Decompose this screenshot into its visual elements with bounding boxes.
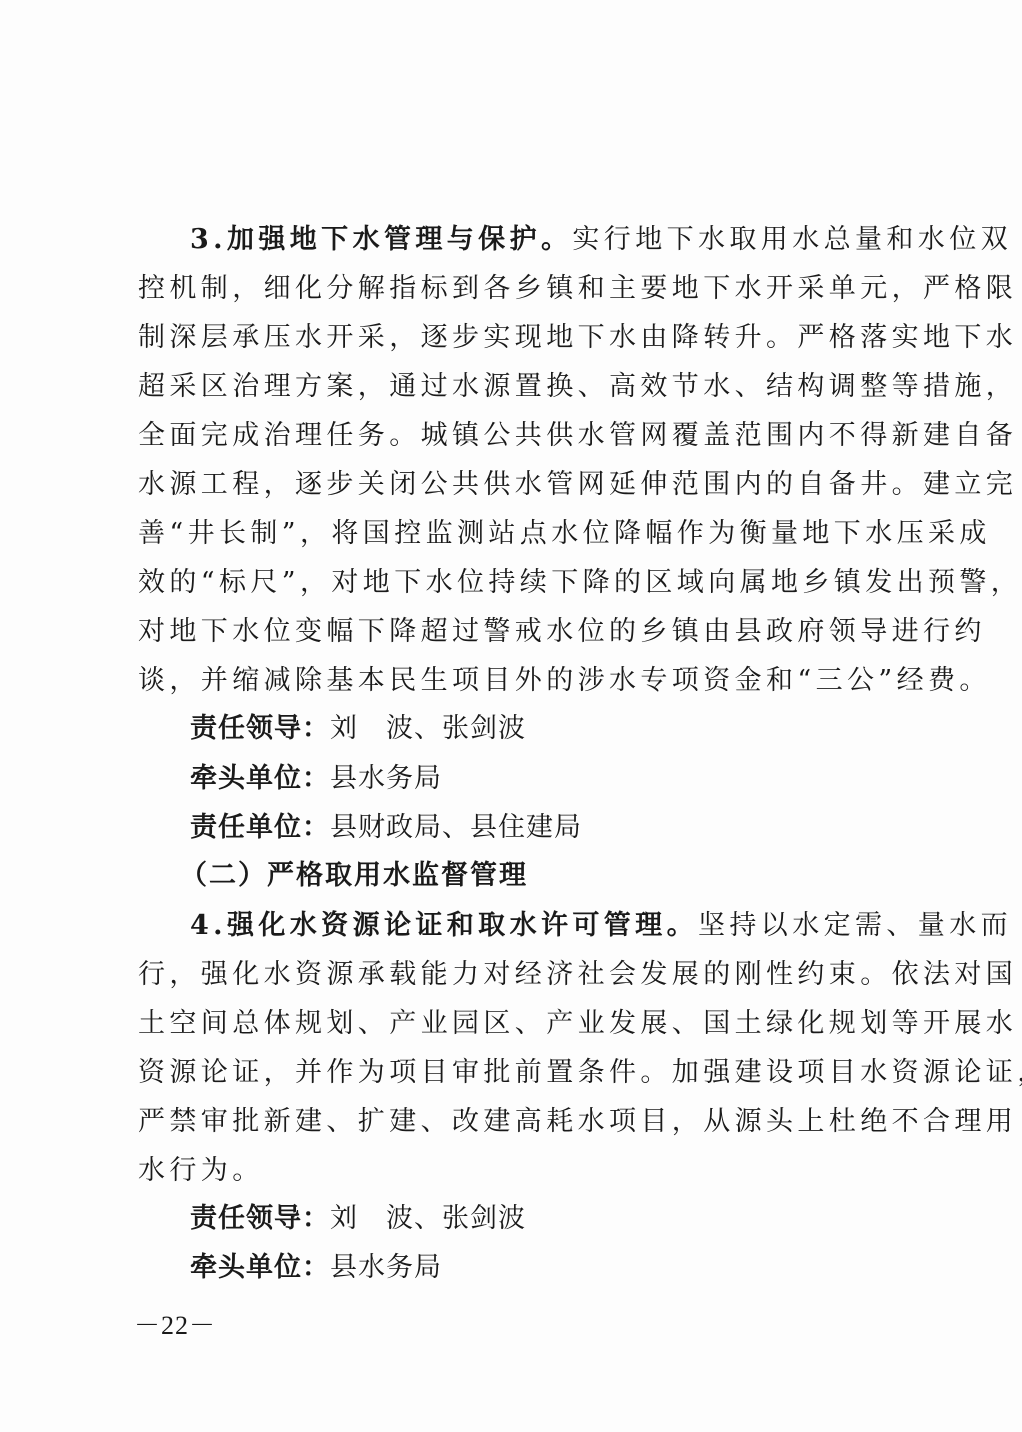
section-4-heading: 4.强化水资源论证和取水许可管理。: [190, 910, 698, 941]
document-page: 3.加强地下水管理与保护。实行地下水取用水总量和水位双 控机制，细化分解指标到各…: [0, 0, 1022, 1432]
section-3-line: 对地下水位变幅下降超过警戒水位的乡镇由县政府领导进行约: [138, 614, 872, 650]
section-3-line: 善“井长制”，将国控监测站点水位降幅作为衡量地下水压采成: [138, 516, 872, 552]
responsible-unit-label: 责任单位：: [190, 812, 330, 843]
section-3-line: 制深层承压水开采，逐步实现地下水由降转升。严格落实地下水: [138, 320, 872, 356]
responsible-unit-value: 县财政局、县住建局: [330, 812, 582, 843]
section-3-responsible-leader: 责任领导：刘 波、张剑波: [190, 711, 872, 747]
lead-unit-label: 牵头单位：: [190, 763, 330, 794]
page-number: －22－: [134, 1308, 216, 1344]
responsible-leader-label: 责任领导：: [190, 713, 330, 744]
section-3-line: 水源工程，逐步关闭公共供水管网延伸范围内的自备井。建立完: [138, 467, 872, 503]
subsection-heading: （二）严格取用水监督管理: [180, 858, 862, 894]
section-3-first-line: 3.加强地下水管理与保护。实行地下水取用水总量和水位双: [190, 222, 872, 258]
section-4-line: 严禁审批新建、扩建、改建高耗水项目，从源头上杜绝不合理用: [138, 1104, 872, 1140]
lead-unit-label: 牵头单位：: [190, 1252, 330, 1283]
section-3-line: 全面完成治理任务。城镇公共供水管网覆盖范围内不得新建自备: [138, 418, 872, 454]
section-4-responsible-leader: 责任领导：刘 波、张剑波: [190, 1201, 872, 1237]
responsible-leader-label: 责任领导：: [190, 1203, 330, 1234]
section-4-line: 行，强化水资源承载能力对经济社会发展的刚性约束。依法对国: [138, 957, 872, 993]
lead-unit-value: 县水务局: [330, 1252, 442, 1283]
section-3-line: 谈，并缩减除基本民生项目外的涉水专项资金和“三公”经费。: [138, 663, 872, 699]
section-4-line: 土空间总体规划、产业园区、产业发展、国土绿化规划等开展水: [138, 1006, 872, 1042]
section-4-first-line: 4.强化水资源论证和取水许可管理。坚持以水定需、量水而: [190, 908, 872, 944]
responsible-leader-value: 刘 波、张剑波: [330, 1203, 526, 1234]
section-4-lead-unit: 牵头单位：县水务局: [190, 1250, 872, 1286]
section-3-text: 实行地下水取用水总量和水位双: [572, 224, 1012, 255]
section-3-line: 控机制，细化分解指标到各乡镇和主要地下水开采单元，严格限: [138, 271, 872, 307]
section-4-line: 水行为。: [138, 1153, 872, 1189]
section-3-responsible-unit: 责任单位：县财政局、县住建局: [190, 810, 872, 846]
section-4-line: 资源论证，并作为项目审批前置条件。加强建设项目水资源论证，: [138, 1055, 872, 1091]
section-3-heading: 3.加强地下水管理与保护。: [190, 224, 572, 255]
section-4-text: 坚持以水定需、量水而: [698, 910, 1012, 941]
section-3-line: 效的“标尺”，对地下水位持续下降的区域向属地乡镇发出预警，: [138, 565, 872, 601]
section-3-lead-unit: 牵头单位：县水务局: [190, 761, 872, 797]
responsible-leader-value: 刘 波、张剑波: [330, 713, 526, 744]
lead-unit-value: 县水务局: [330, 763, 442, 794]
section-3-line: 超采区治理方案，通过水源置换、高效节水、结构调整等措施，: [138, 369, 872, 405]
